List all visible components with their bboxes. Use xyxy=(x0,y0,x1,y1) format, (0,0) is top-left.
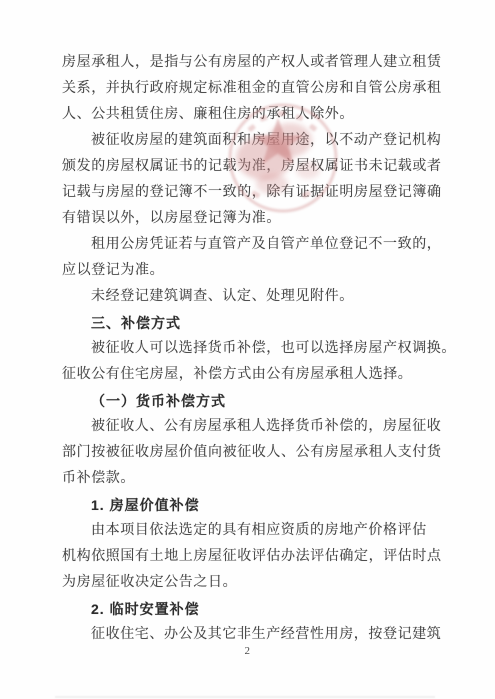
document-line: 应以登记为准。 xyxy=(62,258,442,284)
document-body: 房屋承租人，是指与公有房屋的产权人或者管理人建立租赁关系，并执行政府规定标准租金… xyxy=(62,50,442,648)
document-line: 房屋承租人，是指与公有房屋的产权人或者管理人建立租赁 xyxy=(62,50,442,76)
section-heading: （一）货币补偿方式 xyxy=(62,388,442,414)
document-line: 机构依照国有土地上房屋征收评估办法评估确定，评估时点 xyxy=(62,544,442,570)
document-line: 被征收房屋的建筑面积和房屋用途，以不动产登记机构 xyxy=(62,128,442,154)
section-heading: 2. 临时安置补偿 xyxy=(62,596,442,622)
document-line: 被征收人、公有房屋承租人选择货币补偿的，房屋征收 xyxy=(62,414,442,440)
document-line: 未经登记建筑调查、认定、处理见附件。 xyxy=(62,284,442,310)
document-line: 关系，并执行政府规定标准租金的直管公房和自管公房承租 xyxy=(62,76,442,102)
document-page: 房屋承租人，是指与公有房屋的产权人或者管理人建立租赁关系，并执行政府规定标准租金… xyxy=(0,0,495,699)
document-line: 记载与房屋的登记簿不一致的，除有证据证明房屋登记簿确 xyxy=(62,180,442,206)
document-line: 币补偿款。 xyxy=(62,466,442,492)
document-line: 为房屋征收决定公告之日。 xyxy=(62,570,442,596)
page-number: 2 xyxy=(0,645,495,657)
document-line: 有错误以外，以房屋登记簿为准。 xyxy=(62,206,442,232)
document-line: 征收公有住宅房屋，补偿方式由公有房屋承租人选择。 xyxy=(62,362,442,388)
section-heading: 三、补偿方式 xyxy=(62,310,442,336)
scan-artifact xyxy=(55,696,435,698)
document-line: 颁发的房屋权属证书的记载为准，房屋权属证书未记载或者 xyxy=(62,154,442,180)
document-line: 部门按被征收房屋价值向被征收人、公有房屋承租人支付货 xyxy=(62,440,442,466)
document-line: 由本项目依法选定的具有相应资质的房地产价格评估 xyxy=(62,518,442,544)
document-line: 被征收人可以选择货币补偿，也可以选择房屋产权调换。 xyxy=(62,336,442,362)
section-heading: 1. 房屋价值补偿 xyxy=(62,492,442,518)
document-line: 租用公房凭证若与直管产及自管产单位登记不一致的， xyxy=(62,232,442,258)
document-line: 人、公共租赁住房、廉租住房的承租人除外。 xyxy=(62,102,442,128)
